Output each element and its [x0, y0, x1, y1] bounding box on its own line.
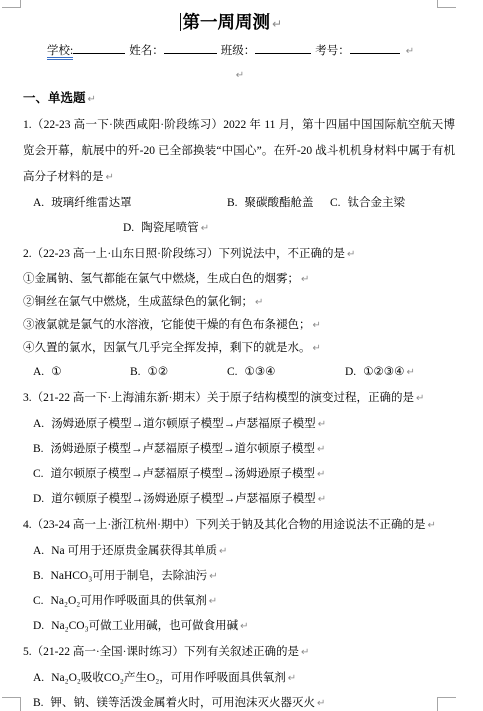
- option-text: 陶瓷尾喷管: [141, 222, 199, 234]
- pilcrow-mark: ↵: [301, 274, 309, 285]
- pilcrow-mark: ↵: [428, 520, 436, 531]
- question-stem: 1.（22-23 高一下·陕西咸阳·阶段练习）2022 年 11 月，第十四届中…: [23, 112, 455, 191]
- statement-text: ③液氯就是氯气的水溶液，它能使干燥的有色布条褪色；: [23, 319, 311, 331]
- pilcrow-mark: ↵: [219, 546, 227, 557]
- option-b: B.钾、钠、镁等活泼金属着火时，可用泡沫灭火器灭火↵: [23, 691, 455, 711]
- pilcrow-mark: ↵: [347, 249, 355, 260]
- question-stem-text: 1.（22-23 高一下·陕西咸阳·阶段练习）2022 年 11 月，第十四届中…: [23, 119, 455, 183]
- option-label: A.: [33, 418, 44, 430]
- option-text: 聚碳酸酯舱盖: [245, 197, 314, 209]
- question-stem-text: 2.（22-23 高一上·山东日照·阶段练习）下列说法中，不正确的是: [23, 248, 345, 260]
- option-label: D.: [33, 620, 44, 632]
- option-label: D.: [345, 366, 356, 378]
- question-3: 3.（21-22 高一下·上海浦东新·期末）关于原子结构模型的演变过程，正确的是…: [23, 385, 455, 512]
- option-label: C.: [227, 366, 238, 378]
- question-2: 2.（22-23 高一上·山东日照·阶段练习）下列说法中，不正确的是↵ ①金属钠…: [23, 241, 455, 385]
- pilcrow-mark: ↵: [318, 419, 326, 430]
- option-b: B.聚碳酸酯舱盖: [227, 191, 314, 216]
- question-5: 5.（21-22 高一·全国·课时练习）下列有关叙述正确的是↵ A.Na₂O₂吸…: [23, 639, 455, 711]
- pilcrow-mark: ↵: [406, 367, 414, 378]
- question-stem: 2.（22-23 高一上·山东日照·阶段练习）下列说法中，不正确的是↵: [23, 241, 455, 268]
- option-label: A.: [33, 672, 44, 684]
- statement-item: ②铜丝在氯气中燃烧，生成蓝绿色的氯化铜；↵: [23, 291, 455, 314]
- statement-text: ④久置的氯水，因氯气几乎完全挥发掉，剩下的就是水。: [23, 342, 311, 354]
- pilcrow-mark: ↵: [288, 673, 296, 684]
- option-text: 钛合金主梁: [348, 197, 406, 209]
- option-text: 道尔顿原子模型→卢瑟福原子模型→汤姆逊原子模型: [51, 468, 316, 480]
- option-d: D.道尔顿原子模型→汤姆逊原子模型→卢瑟福原子模型↵: [23, 487, 455, 512]
- option-label: B.: [130, 366, 141, 378]
- page-title: 第一周周测: [182, 12, 270, 32]
- options-row: A.① B.①② C.①③④ D.①②③④↵: [23, 360, 455, 385]
- option-text: 汤姆逊原子模型→卢瑟福原子模型→道尔顿原子模型: [51, 443, 316, 455]
- option-text: ①: [51, 366, 61, 378]
- option-text: Na₂O₂可用作呼吸面具的供氧剂: [51, 595, 207, 607]
- options-row: D.陶瓷尾喷管↵: [23, 216, 455, 241]
- question-4: 4.（23-24 高一上·浙江杭州·期中）下列关于钠及其化合物的用途说法不正确的…: [23, 512, 455, 639]
- text-boundary-mark-bottom-left: [2, 697, 21, 711]
- option-text: ①②: [148, 366, 169, 378]
- option-c: C.钛合金主梁: [330, 191, 405, 216]
- option-text: Na 可用于还原贵金属获得其单质: [51, 545, 217, 557]
- option-b: B.NaHCO₃可用于制皂，去除油污↵: [23, 564, 455, 589]
- pilcrow-mark: ↵: [313, 343, 321, 354]
- pilcrow-mark: ↵: [236, 70, 244, 81]
- pilcrow-mark: ↵: [209, 571, 217, 582]
- option-label: B.: [33, 570, 44, 582]
- statement-item: ①金属钠、氢气都能在氯气中燃烧，生成白色的烟雾；↵: [23, 268, 455, 291]
- question-stem-text: 5.（21-22 高一·全国·课时练习）下列有关叙述正确的是: [23, 646, 299, 658]
- statement-item: ④久置的氯水，因氯气几乎完全挥发掉，剩下的就是水。↵: [23, 337, 455, 360]
- section-heading: 一、单选题: [23, 91, 86, 105]
- header-fields-line: 学校:姓名：班级：考号：↵: [23, 39, 455, 64]
- pilcrow-mark: ↵: [272, 17, 282, 31]
- option-a: A.①: [33, 360, 62, 385]
- option-label: B.: [227, 197, 238, 209]
- option-a: A.Na₂O₂吸收CO₂产生O₂，可用作呼吸面具供氧剂↵: [23, 666, 455, 691]
- option-text: Na₂CO₃可做工业用碱，也可做食用碱: [51, 620, 238, 632]
- question-stem: 5.（21-22 高一·全国·课时练习）下列有关叙述正确的是↵: [23, 639, 455, 666]
- title-line: 第一周周测↵: [23, 8, 455, 39]
- class-field-label: 班级：: [221, 45, 256, 57]
- question-stem: 3.（21-22 高一下·上海浦东新·期末）关于原子结构模型的演变过程，正确的是…: [23, 385, 455, 412]
- school-field-label: 学校:: [47, 45, 73, 60]
- option-b: B.汤姆逊原子模型→卢瑟福原子模型→道尔顿原子模型↵: [23, 437, 455, 462]
- pilcrow-mark: ↵: [209, 596, 217, 607]
- options-row: A.玻璃纤维雷达罩 B.聚碳酸酯舱盖 C.钛合金主梁: [23, 191, 455, 216]
- option-a: A.汤姆逊原子模型→道尔顿原子模型→卢瑟福原子模型↵: [23, 412, 455, 437]
- question-stem: 4.（23-24 高一上·浙江杭州·期中）下列关于钠及其化合物的用途说法不正确的…: [23, 512, 455, 539]
- option-text: 道尔顿原子模型→汤姆逊原子模型→卢瑟福原子模型: [51, 493, 316, 505]
- option-c: C.道尔顿原子模型→卢瑟福原子模型→汤姆逊原子模型↵: [23, 462, 455, 487]
- pilcrow-mark: ↵: [301, 647, 309, 658]
- school-blank-line: [73, 41, 125, 54]
- option-label: C.: [330, 197, 341, 209]
- pilcrow-mark: ↵: [201, 223, 209, 234]
- pilcrow-mark: ↵: [317, 698, 325, 709]
- name-field-label: 姓名：: [129, 45, 164, 57]
- pilcrow-mark: ↵: [406, 46, 414, 57]
- option-label: A.: [33, 197, 44, 209]
- option-label: D.: [33, 493, 44, 505]
- document-content[interactable]: 第一周周测↵ 学校:姓名：班级：考号：↵ ↵ 一、单选题↵ 1.（22-23 高…: [23, 6, 455, 711]
- option-c: C.①③④: [227, 360, 275, 385]
- pilcrow-mark: ↵: [317, 444, 325, 455]
- section-heading-line: 一、单选题↵: [23, 86, 455, 112]
- pilcrow-mark: ↵: [317, 469, 325, 480]
- document-page: 第一周周测↵ 学校:姓名：班级：考号：↵ ↵ 一、单选题↵ 1.（22-23 高…: [0, 0, 483, 711]
- statement-text: ①金属钠、氢气都能在氯气中燃烧，生成白色的烟雾；: [23, 273, 299, 285]
- option-d: D.①②③④↵: [345, 360, 415, 385]
- option-text: NaHCO₃可用于制皂，去除油污: [51, 570, 208, 582]
- option-c: C.Na₂O₂可用作呼吸面具的供氧剂↵: [23, 589, 455, 614]
- option-label: C.: [33, 595, 44, 607]
- pilcrow-mark: ↵: [255, 297, 263, 308]
- exam-no-blank-line: [350, 41, 400, 54]
- option-label: D.: [123, 222, 134, 234]
- option-label: C.: [33, 468, 44, 480]
- option-label: A.: [33, 366, 44, 378]
- option-b: B.①②: [130, 360, 168, 385]
- pilcrow-mark: ↵: [318, 494, 326, 505]
- option-d: D.Na₂CO₃可做工业用碱，也可做食用碱↵: [23, 614, 455, 639]
- option-text: 钾、钠、镁等活泼金属着火时，可用泡沫灭火器灭火: [51, 697, 316, 709]
- option-text: ①②③④: [363, 366, 404, 378]
- option-text: ①③④: [245, 366, 276, 378]
- class-blank-line: [255, 41, 311, 54]
- option-text: Na₂O₂吸收CO₂产生O₂，可用作呼吸面具供氧剂: [51, 672, 286, 684]
- option-label: B.: [33, 443, 44, 455]
- option-text: 玻璃纤维雷达罩: [51, 197, 132, 209]
- pilcrow-mark: ↵: [416, 393, 424, 404]
- pilcrow-mark: ↵: [106, 172, 114, 183]
- pilcrow-mark: ↵: [88, 94, 96, 105]
- option-d: D.陶瓷尾喷管↵: [123, 216, 209, 241]
- empty-paragraph: ↵: [23, 64, 455, 86]
- question-1: 1.（22-23 高一下·陕西咸阳·阶段练习）2022 年 11 月，第十四届中…: [23, 112, 455, 241]
- option-a: A.玻璃纤维雷达罩: [33, 191, 132, 216]
- option-text: 汤姆逊原子模型→道尔顿原子模型→卢瑟福原子模型: [51, 418, 316, 430]
- exam-no-field-label: 考号：: [315, 45, 350, 57]
- question-stem-text: 4.（23-24 高一上·浙江杭州·期中）下列关于钠及其化合物的用途说法不正确的…: [23, 519, 426, 531]
- statement-item: ③液氯就是氯气的水溶液，它能使干燥的有色布条褪色；↵: [23, 314, 455, 337]
- name-blank-line: [164, 41, 217, 54]
- pilcrow-mark: ↵: [240, 621, 248, 632]
- option-label: B.: [33, 697, 44, 709]
- text-boundary-mark-top-left: [2, 0, 21, 8]
- option-a: A.Na 可用于还原贵金属获得其单质↵: [23, 539, 455, 564]
- option-label: A.: [33, 545, 44, 557]
- statement-text: ②铜丝在氯气中燃烧，生成蓝绿色的氯化铜；: [23, 296, 253, 308]
- pilcrow-mark: ↵: [313, 320, 321, 331]
- question-stem-text: 3.（21-22 高一下·上海浦东新·期末）关于原子结构模型的演变过程，正确的是: [23, 392, 414, 404]
